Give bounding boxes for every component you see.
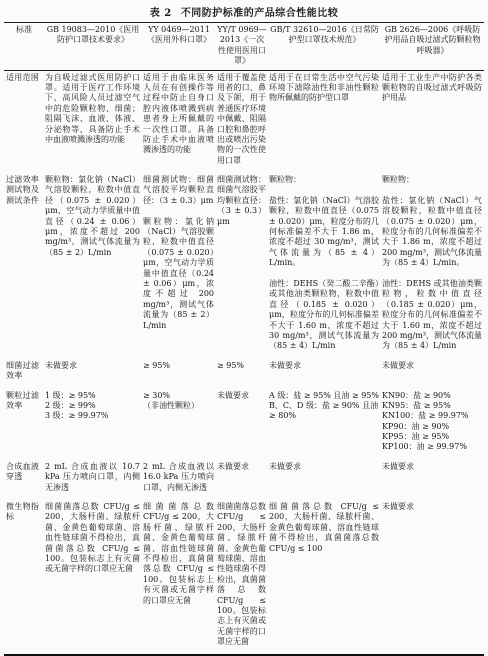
col-header-yy0469: YY 0469—2011《医用外科口罩》 bbox=[142, 23, 216, 71]
col-header-yyt0969: YY/T 0969—2013《一次性使用医用口罩》 bbox=[216, 23, 268, 71]
table-caption: 不同防护标准的产品综合性能比较 bbox=[181, 8, 339, 19]
table-cell: 颗粒物：氯化钠（NaCl）气溶胶颗粒，粒数中值直径（0.075 ± 0.020）… bbox=[45, 175, 140, 258]
row-label-microbial-indicators: 微生物指标 bbox=[4, 500, 44, 655]
standards-comparison-table: 标准 GB 19083—2010《医用防护口罩技术要求》 YY 0469—201… bbox=[4, 22, 484, 656]
table-cell: A 级：盐 ≥ 95% 且油 ≥ 95% B、C、D 级：盐 ≥ 90% 且油 … bbox=[269, 391, 379, 422]
table-cell: 适用于由临床医务人员在有创操作等过程中防止自身口腔内液体喷溅到病患者身上所佩戴的… bbox=[143, 73, 214, 156]
row-label-scope: 适用范围 bbox=[4, 70, 44, 173]
table-cell: 2 mL 合成血液以 10.7 kPa 压力喷向口罩，内侧无渗透 bbox=[45, 462, 140, 493]
row-label-synthetic-blood-penetration: 合成血液穿透 bbox=[4, 460, 44, 500]
table-cell: 未做要求 bbox=[269, 361, 379, 371]
row-synthetic-blood-penetration: 合成血液穿透 2 mL 合成血液以 10.7 kPa 压力喷向口罩，内侧无渗透 … bbox=[4, 460, 484, 500]
table-cell: 颗粒物： 盐性：氯化钠（NaCl）气溶胶颗粒，粒数中值直径（0.075 ± 0.… bbox=[269, 175, 379, 352]
row-microbial-indicators: 微生物指标 细菌菌落总数 CFU/g ≤ 200，大肠杆菌、绿脓杆菌、金黄色葡萄… bbox=[4, 500, 484, 655]
table-cell: 细菌测试物：细菌气溶胶平均颗粒直径：（3 ± 0.3）μm 颗粒物：氯化钠（Na… bbox=[143, 175, 214, 331]
table-cell: 适用于覆盖使用者的口、鼻及下颌，用于普通医疗环境中佩戴、阻隔口腔和鼻腔呼出或喷出… bbox=[217, 73, 266, 167]
table-cell: 细菌菌落总数 CFU/g ≤ 200，大肠杆菌、绿脓杆菌、金黄色葡萄球菌、溶血性… bbox=[269, 502, 379, 554]
row-label-particle-filtration-efficiency: 颗粒过滤效率 bbox=[4, 389, 44, 460]
table-cell: 1 级：≥ 95% 2 级：≥ 99% 3 级：≥ 99.97% bbox=[45, 391, 140, 422]
table-cell: 细菌菌落总数 CFU/g ≤ 200，大肠杆菌、绿脓杆菌、金黄色葡萄球菌、溶血性… bbox=[217, 502, 266, 647]
table-cell: 细菌菌落总数 CFU/g ≤ 200，大肠杆菌、绿脓杆菌、金黄色葡萄球菌、溶血性… bbox=[45, 502, 140, 575]
table-cell: 未做要求 bbox=[382, 361, 482, 371]
row-label-bacterial-filtration-efficiency: 细菌过滤效率 bbox=[4, 359, 44, 389]
row-particle-filtration-efficiency: 颗粒过滤效率 1 级：≥ 95% 2 级：≥ 99% 3 级：≥ 99.97% … bbox=[4, 389, 484, 460]
col-header-gb19083: GB 19083—2010《医用防护口罩技术要求》 bbox=[44, 23, 142, 71]
table-cell: ≥ 95% bbox=[143, 361, 214, 371]
row-label-filter-test-conditions: 过滤效率测试物及测试条件 bbox=[4, 173, 44, 359]
col-header-standard: 标准 bbox=[4, 23, 44, 71]
header-row: 标准 GB 19083—2010《医用防护口罩技术要求》 YY 0469—201… bbox=[4, 23, 484, 71]
table-figure: 表 2不同防护标准的产品综合性能比较 标准 GB 19083—2010《医用防护… bbox=[0, 0, 488, 656]
table-cell: 为自吸过滤式医用防护口罩。适用于医疗工作环境下，高风险人员过滤空气中的危险颗粒物… bbox=[45, 73, 140, 146]
table-cell: KN90：盐 ≥ 90% KN95：盐 ≥ 95% KN100：盐 ≥ 99.9… bbox=[382, 391, 482, 453]
table-cell: 未做要求 bbox=[382, 462, 482, 472]
table-cell: 2 mL 合成血液以 16.0 kPa 压力喷向口罩，内侧无渗透 bbox=[143, 462, 214, 493]
col-header-gbt32610: GB/T 32610—2016《日常防护型口罩技术规范》 bbox=[268, 23, 381, 71]
table-cell: 细菌菌落总数 CFU/g ≤ 200，大肠杆菌、绿脓杆菌、金黄色葡萄球菌、溶血性… bbox=[143, 502, 214, 606]
row-scope: 适用范围 为自吸过滤式医用防护口罩。适用于医疗工作环境下，高风险人员过滤空气中的… bbox=[4, 70, 484, 173]
table-cell: 适用于在日常生活中空气污染环境下滤除油性和非油性颗粒物所佩戴的防护型口罩 bbox=[269, 73, 379, 104]
row-bacterial-filtration-efficiency: 细菌过滤效率 未做要求 ≥ 95% ≥ 95% 未做要求 未做要求 bbox=[4, 359, 484, 389]
table-cell: 细菌测试物：细菌气溶胶平均颗粒直径：（3 ± 0.3）μm bbox=[217, 175, 266, 227]
table-cell: 未做要求 bbox=[382, 502, 482, 512]
row-filter-test-conditions: 过滤效率测试物及测试条件 颗粒物：氯化钠（NaCl）气溶胶颗粒，粒数中值直径（0… bbox=[4, 173, 484, 359]
table-cell: 颗粒物： 盐性：氯化钠（NaCl）气溶胶颗粒，粒数中值直径（0.075 ± 0.… bbox=[382, 175, 482, 352]
table-cell: 未做要求 bbox=[217, 462, 266, 472]
table-cell: 适用于工业生产中防护各类颗粒物的自吸过滤式呼吸防护用品 bbox=[382, 73, 482, 104]
table-cell: ≥ 95% bbox=[217, 361, 266, 371]
table-number: 表 2 bbox=[150, 8, 172, 19]
table-cell: 未做要求 bbox=[217, 391, 266, 401]
table-cell: ≥ 30% （非油性颗粒） bbox=[143, 391, 214, 412]
col-header-gb2626: GB 2626—2006《呼吸防护用品自吸过滤式防颗粒物呼吸器》 bbox=[381, 23, 484, 71]
table-cell: 未做要求 bbox=[269, 462, 379, 472]
table-cell: 未做要求 bbox=[45, 361, 140, 371]
table-title: 表 2不同防护标准的产品综合性能比较 bbox=[4, 4, 484, 19]
